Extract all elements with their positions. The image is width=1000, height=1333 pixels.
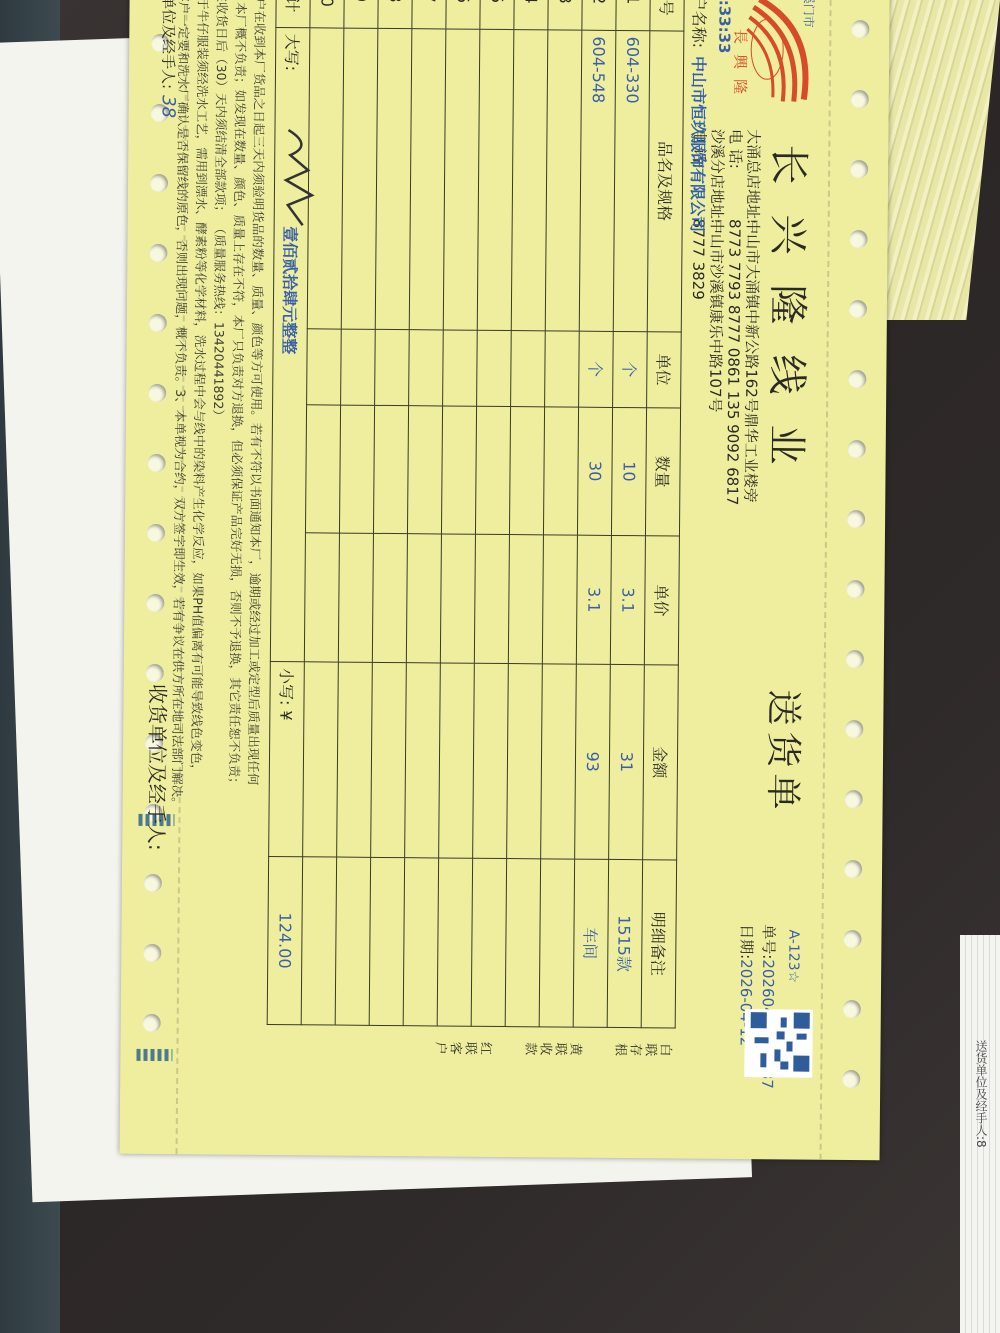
copy-red: 红联客户 [432,1041,492,1058]
header-note: 明细备注 [641,860,676,1028]
cell-seq: 1 [616,0,651,30]
serial-code: A-123☆ [785,929,801,983]
cell-seq: 4 [514,0,549,29]
background-stack-label: 送货单位及经手人:8 [970,1040,990,1148]
copy-white: 白联存根 [612,1043,672,1060]
qr-code-icon [744,1009,813,1078]
customer-label: 客户名称: [689,0,709,48]
sender-field: 送货单位及经手人:38 [158,0,180,118]
cell-name: 604-330 [613,30,650,331]
cell-unit: 个 [579,331,614,407]
cell-unit: 个 [613,331,648,407]
cell-amount: 31 [609,664,645,859]
document-title: 送货单 [760,689,812,815]
company-name: 长兴隆线业 [760,144,820,494]
upper-label: 大写: [282,34,301,72]
cell-seq: 7 [412,0,447,29]
customer-field: 客户名称:中山市恒玖服饰有限公司 [687,0,712,232]
cell-qty: 10 [611,407,646,536]
head-office-phone: 8773 7793 8777 0861 135 9092 6817 [723,219,743,505]
receiver-label: 收货单位及经手人: [143,684,173,851]
customer-name: 中山市恒玖服饰有限公司 [688,56,709,232]
cell-price: 3.1 [576,535,611,664]
header-seq: 序号 [650,0,685,31]
total-label: 合计 [276,0,311,27]
lower-label: 小写: ¥ [269,661,305,856]
delivery-note: 沙溪门市 長興隆 09:33:33 长兴隆线业 送货单 大涌总店地址:中山市大涌… [120,0,891,1160]
header-amount: 金额 [643,665,679,860]
header-price: 单价 [644,536,679,665]
copy-yellow: 黄联收款 [522,1042,582,1059]
cell-seq: 8 [378,0,413,28]
cell-seq: 3 [548,0,583,30]
cell-seq: 9 [344,0,379,28]
cell-seq: 10 [310,0,345,28]
order-no-label: 单号: [759,924,777,959]
perforated-edge-top [820,0,891,1160]
terms-text: 1、客户在收到本厂货品之日起三天内须验明货品的数量、质量、颜色等方可使用。若有不… [165,0,270,1065]
cell-note: 车间 [573,859,608,1027]
sender-signature: 38 [158,95,179,118]
head-office-label: 大涌总店地址: [744,129,763,219]
head-office-address: 中山市大涌镇中新公路162号鼎华工业楼旁 [741,219,761,503]
header-unit: 单位 [647,332,682,408]
items-table: 序号 品名及规格 单位 数量 单价 金额 明细备注 1604-330个103.1… [267,0,685,1029]
head-office-phone-label: 电 话: [726,129,745,219]
cell-qty: 30 [577,407,612,536]
branch-label: 沙溪门市 [800,0,817,28]
date-label: 日期: [737,924,755,959]
print-time: 09:33:33 [715,0,734,54]
cell-note: 1515款 [607,859,642,1027]
branch-office-label: 沙溪分店地址: [708,129,727,219]
cell-price: 3.1 [610,536,645,665]
cell-seq: 6 [446,0,481,29]
cell-seq: 5 [480,0,515,29]
handwritten-signature [277,125,318,275]
cell-name: 604-548 [579,30,616,331]
cell-amount: 93 [575,664,611,859]
copy-labels: 白联存根 黄联收款 红联客户 [402,1041,672,1059]
cell-seq: 2 [582,0,617,30]
sender-label: 送货单位及经手人: [159,0,178,89]
branch-office-address: 中山市沙溪镇康乐中路107号 [706,219,726,413]
header-qty: 数量 [645,407,680,536]
header-name: 品名及规格 [647,30,684,331]
total-upper-cell: 大写: 壹佰贰拾肆元整整 [270,27,310,662]
total-lower-value: 124.00 [267,856,302,1024]
